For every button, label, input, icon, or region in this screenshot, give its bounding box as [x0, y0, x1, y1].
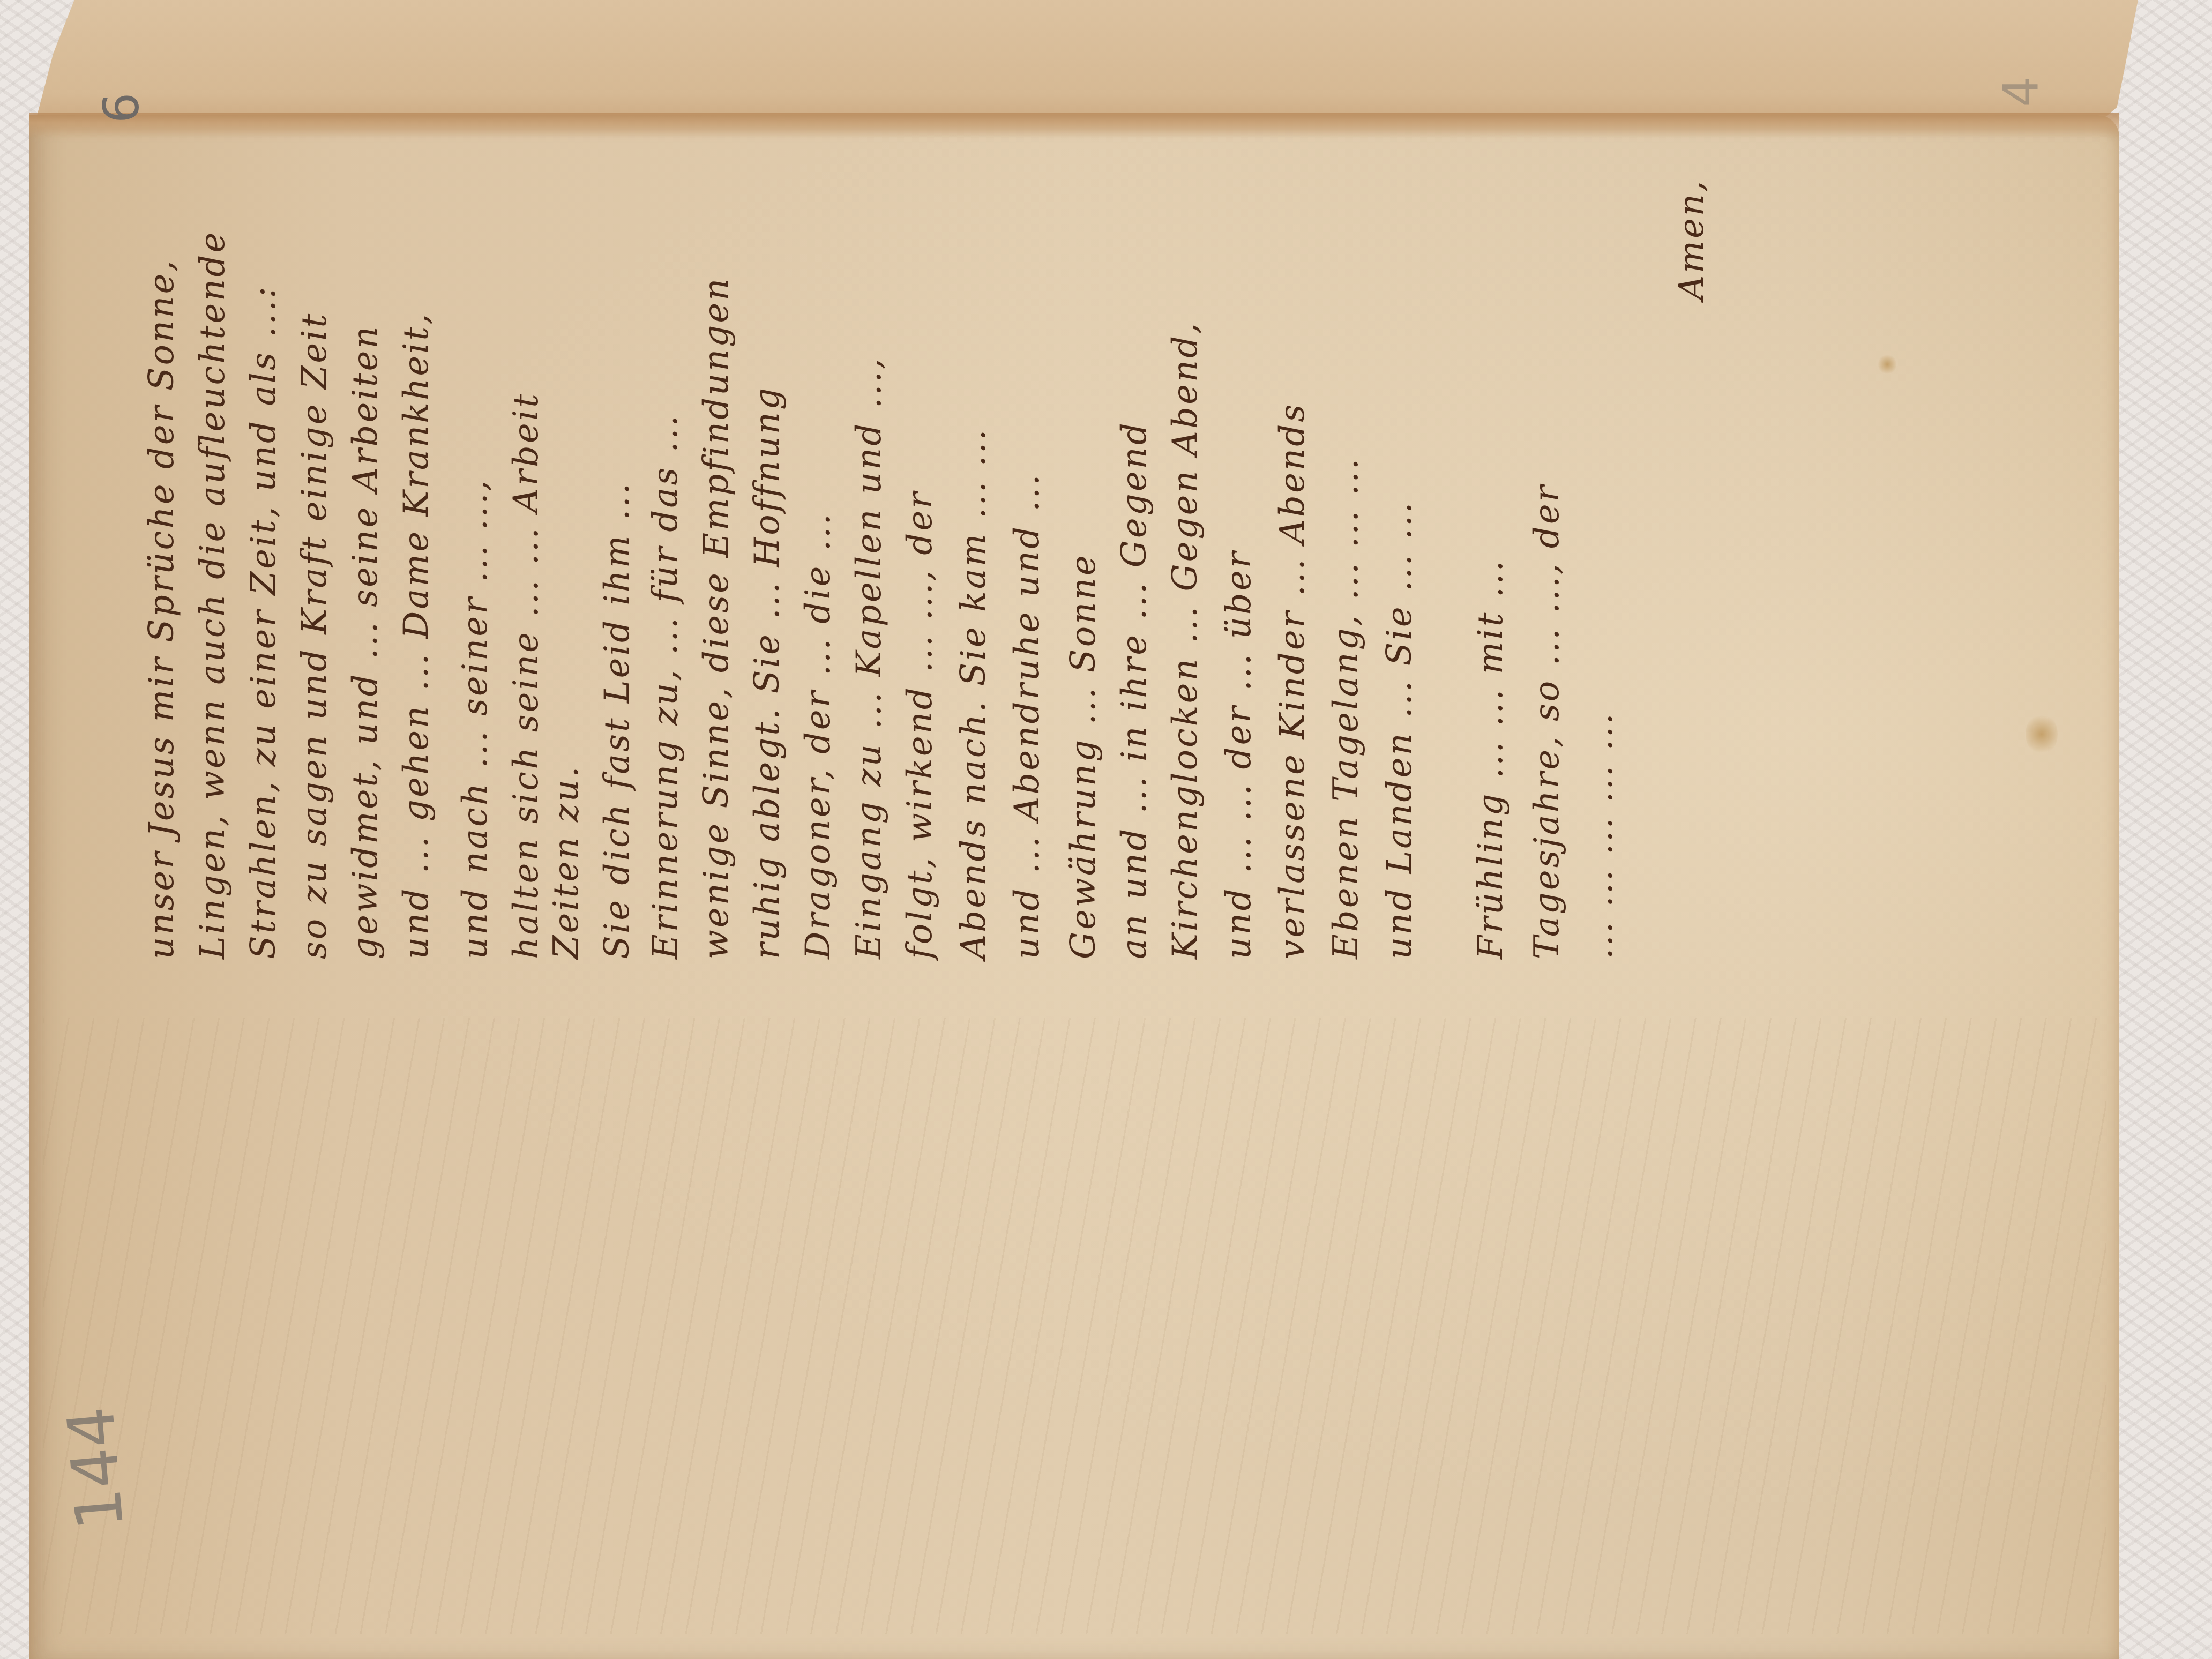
text-line: verlassene Kinder ... Abends — [1273, 402, 1312, 959]
text-line: Gewährung ... Sonne — [1064, 553, 1103, 959]
text-line: Sie dich fast Leid ihm ... — [597, 481, 637, 959]
text-line: Erinnerung zu, ... für das ... — [646, 413, 685, 959]
text-line: Dragoner, der ... die ... — [798, 512, 838, 959]
closing-word: Amen, — [1672, 179, 1712, 300]
text-line: Ebenen Tagelang, ... ... ... — [1326, 457, 1366, 959]
text-line: und ... Abendruhe und ... — [1007, 473, 1047, 959]
text-line: Lingen, wenn auch die aufleuchtende — [193, 230, 233, 959]
text-line: und ... gehen ... Dame Krankheit, — [397, 311, 436, 959]
text-line: unser Jesus mir Sprüche der Sonne, — [142, 258, 182, 959]
text-line: und ... ... der ... über — [1219, 550, 1259, 959]
text-line: Zeiten zu. — [547, 765, 586, 959]
text-line: ... ... ... ... ... — [1581, 711, 1620, 959]
text-line: wenige Sinne, diese Empfindungen — [697, 276, 736, 959]
text-line: folgt, wirkend ... ..., der — [900, 490, 940, 959]
text-line: ruhig ablegt. Sie ... Hoffnung — [748, 386, 787, 959]
text-line: Frühling ... ... mit ... — [1471, 558, 1511, 959]
text-line: an und ... in ihre ... Gegend — [1115, 421, 1154, 959]
text-line: Kirchenglocken ... Gegen Abend, — [1165, 321, 1205, 959]
text-line: Eingang zu ... Kapellen und ..., — [849, 356, 889, 959]
handwritten-text: unser Jesus mir Sprüche der Sonne, Linge… — [0, 0, 2212, 1659]
text-line: so zu sagen und Kraft einige Zeit — [295, 312, 334, 959]
text-line: gewidmet, und ... seine Arbeiten — [346, 324, 385, 959]
text-line: und Landen ... Sie ... ... — [1380, 500, 1419, 959]
text-line: Abends nach. Sie kam ... ... — [954, 428, 993, 959]
text-line: und nach ... seiner ... ..., — [455, 478, 495, 959]
text-line: halten sich seine ... ... Arbeit — [506, 392, 546, 959]
text-line: Strahlen, zu einer Zeit, und als ...: — [244, 285, 283, 959]
text-line: Tagesjahre, so ... ..., der — [1527, 483, 1567, 959]
